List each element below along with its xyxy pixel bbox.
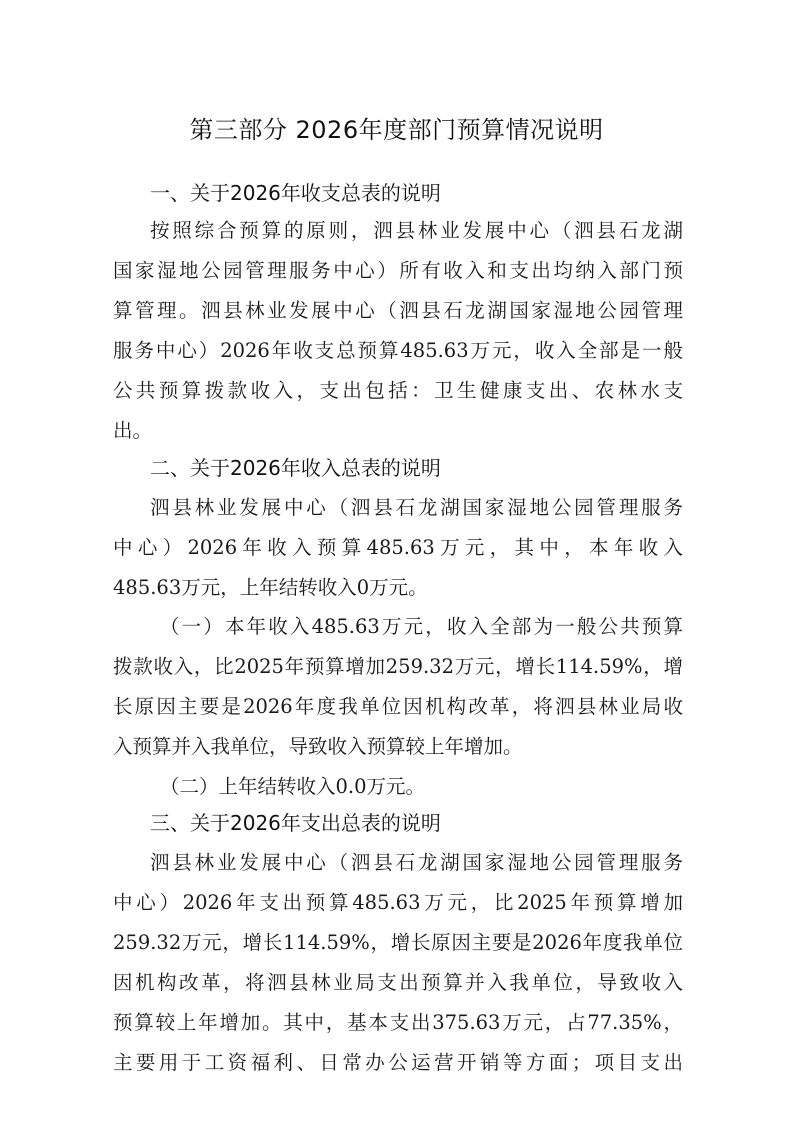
paragraph-line: 公共预算拨款收入，支出包括：卫生健康支出、农林水支 [113,375,683,403]
paragraph-line: 中心）2026年收入预算485.63万元，其中，本年收入 [113,532,683,560]
paragraph-line: 泗县林业发展中心（泗县石龙湖国家湿地公园管理服务 [150,492,683,520]
paragraph-line: 拨款收入，比2025年预算增加259.32万元，增长114.59%，增 [113,651,683,679]
document-page: 第三部分 2026年度部门预算情况说明 一、关于2026年收支总表的说明 按照综… [0,0,793,1122]
paragraph-line: 因机构改革，将泗县林业局支出预算并入我单位，导致收入 [113,967,683,995]
paragraph-line: （二）上年结转收入0.0万元。 [160,771,683,799]
paragraph-line: 259.32万元，增长114.59%，增长原因主要是2026年度我单位 [113,927,683,955]
paragraph-line: （一）本年收入485.63万元，收入全部为一般公共预算 [160,611,683,639]
page-title: 第三部分 2026年度部门预算情况说明 [0,110,793,145]
paragraph-line: 服务中心）2026年收支总预算485.63万元，收入全部是一般 [113,335,683,363]
paragraph-line: 中心）2026年支出预算485.63万元，比2025年预算增加 [113,887,683,915]
paragraph-line: 按照综合预算的原则，泗县林业发展中心（泗县石龙湖 [150,215,683,243]
paragraph-line: 主要用于工资福利、日常办公运营开销等方面；项目支出 [113,1047,683,1075]
paragraph-line: 算管理。泗县林业发展中心（泗县石龙湖国家湿地公园管理 [113,295,683,323]
paragraph-line: 485.63万元，上年结转收入0万元。 [113,572,683,600]
paragraph-line: 国家湿地公园管理服务中心）所有收入和支出均纳入部门预 [113,255,683,283]
section-heading-1: 一、关于2026年收支总表的说明 [150,177,441,206]
paragraph-line: 入预算并入我单位，导致收入预算较上年增加。 [113,731,683,759]
section-heading-2: 二、关于2026年收入总表的说明 [150,452,441,481]
paragraph-line: 出。 [113,415,683,443]
paragraph-line: 泗县林业发展中心（泗县石龙湖国家湿地公园管理服务 [150,847,683,875]
paragraph-line: 长原因主要是2026年度我单位因机构改革，将泗县林业局收 [113,691,683,719]
paragraph-line: 预算较上年增加。其中，基本支出375.63万元，占77.35%， [113,1007,683,1035]
section-heading-3: 三、关于2026年支出总表的说明 [150,807,441,836]
